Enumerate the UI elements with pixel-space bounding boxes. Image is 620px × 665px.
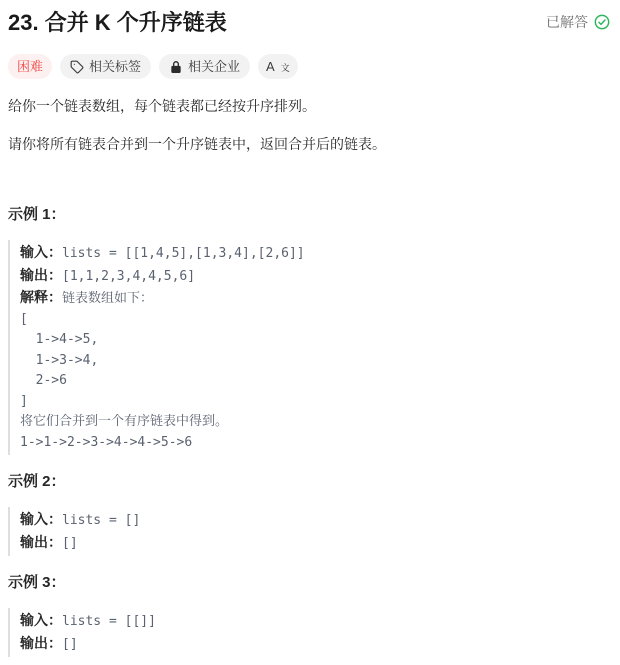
io-value: ] bbox=[20, 394, 28, 409]
io-value: 将它们合并到一个有序链表中得到。 bbox=[20, 414, 228, 429]
example-2-block: 输入：lists = [] 输出：[] bbox=[8, 507, 612, 556]
io-value: 1->3->4, bbox=[20, 353, 98, 368]
io-value: [ bbox=[20, 312, 28, 327]
io-value: 链表数组如下： bbox=[62, 291, 153, 306]
related-companies-button[interactable]: 相关企业 bbox=[159, 54, 250, 79]
example-line: 将它们合并到一个有序链表中得到。 bbox=[20, 412, 612, 433]
example-line: 1->1->2->3->4->4->5->6 bbox=[20, 433, 612, 454]
io-value: [] bbox=[62, 536, 78, 551]
example-line: 解释：链表数组如下： bbox=[20, 287, 612, 310]
example-line: [ bbox=[20, 310, 612, 331]
example-line: 输入：lists = [[1,4,5],[1,3,4],[2,6]] bbox=[20, 242, 612, 265]
example-line: 1->3->4, bbox=[20, 351, 612, 372]
io-label: 解释： bbox=[20, 289, 62, 305]
example-3-block: 输入：lists = [[]] 输出：[] bbox=[8, 608, 612, 657]
related-tags-label: 相关标签 bbox=[89, 60, 141, 73]
difficulty-badge[interactable]: 困难 bbox=[8, 54, 52, 79]
translate-icon: A bbox=[266, 60, 275, 73]
io-value: lists = [[]] bbox=[62, 614, 156, 629]
problem-panel: 23. 合并 K 个升序链表 已解答 困难 相关标签 bbox=[0, 0, 620, 657]
page-title: 23. 合并 K 个升序链表 bbox=[8, 8, 227, 38]
io-label: 输入： bbox=[20, 612, 62, 628]
problem-description: 给你一个链表数组，每个链表都已经按升序排列。 请你将所有链表合并到一个升序链表中… bbox=[8, 95, 612, 155]
example-line: 输出：[] bbox=[20, 532, 612, 555]
example-1-block: 输入：lists = [[1,4,5],[1,3,4],[2,6]] 输出：[1… bbox=[8, 240, 612, 455]
io-label: 输入： bbox=[20, 244, 62, 260]
related-tags-button[interactable]: 相关标签 bbox=[60, 54, 151, 79]
translate-toggle-button[interactable]: A 文 bbox=[258, 54, 298, 79]
io-label: 输出： bbox=[20, 635, 62, 651]
solved-label: 已解答 bbox=[546, 12, 588, 32]
io-label: 输入： bbox=[20, 511, 62, 527]
example-2-heading: 示例 2： bbox=[8, 471, 612, 493]
example-1-heading: 示例 1： bbox=[8, 204, 612, 226]
check-circle-icon bbox=[594, 14, 610, 30]
io-value: 2->6 bbox=[20, 373, 67, 388]
io-value: [1,1,2,3,4,4,5,6] bbox=[62, 269, 195, 284]
description-paragraph: 给你一个链表数组，每个链表都已经按升序排列。 bbox=[8, 95, 612, 117]
io-value: lists = [[1,4,5],[1,3,4],[2,6]] bbox=[62, 246, 305, 261]
io-value: lists = [] bbox=[62, 513, 140, 528]
example-line: 1->4->5, bbox=[20, 330, 612, 351]
tags-row: 困难 相关标签 相关企业 A 文 bbox=[8, 54, 612, 79]
related-companies-label: 相关企业 bbox=[188, 60, 240, 73]
io-value: 1->1->2->3->4->4->5->6 bbox=[20, 435, 192, 450]
example-line: ] bbox=[20, 392, 612, 413]
example-3-heading: 示例 3： bbox=[8, 572, 612, 594]
translate-icon-sub: 文 bbox=[281, 64, 290, 73]
solved-status-badge: 已解答 bbox=[546, 12, 612, 32]
io-value: 1->4->5, bbox=[20, 332, 98, 347]
example-line: 输出：[1,1,2,3,4,4,5,6] bbox=[20, 265, 612, 288]
lock-icon bbox=[169, 60, 183, 74]
tag-icon bbox=[70, 60, 84, 74]
example-line: 2->6 bbox=[20, 371, 612, 392]
io-value: [] bbox=[62, 637, 78, 652]
description-paragraph: 请你将所有链表合并到一个升序链表中，返回合并后的链表。 bbox=[8, 133, 612, 155]
io-label: 输出： bbox=[20, 267, 62, 283]
example-line: 输出：[] bbox=[20, 633, 612, 656]
example-line: 输入：lists = [] bbox=[20, 509, 612, 532]
io-label: 输出： bbox=[20, 534, 62, 550]
example-line: 输入：lists = [[]] bbox=[20, 610, 612, 633]
header-row: 23. 合并 K 个升序链表 已解答 bbox=[8, 8, 612, 38]
